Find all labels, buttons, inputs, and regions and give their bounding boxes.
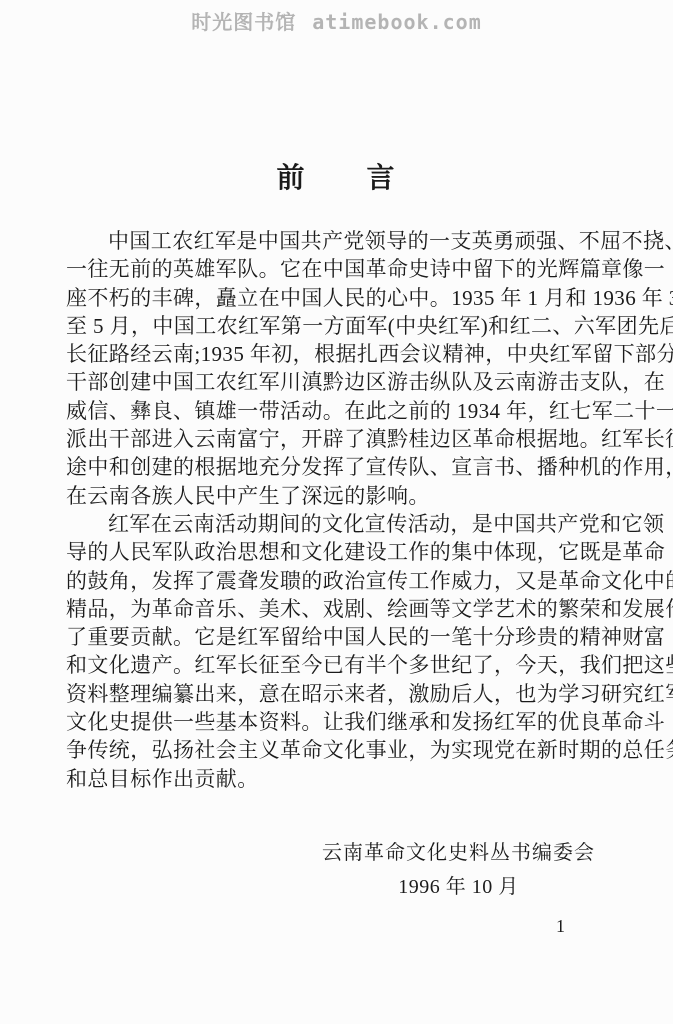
text-line: 途中和创建的根据地充分发挥了宣传队、宣言书、播种机的作用，: [66, 453, 614, 481]
text-line: 座不朽的丰碑，矗立在中国人民的心中。1935 年 1 月和 1936 年 3: [66, 284, 614, 312]
text-line: 派出干部进入云南富宁，开辟了滇黔桂边区革命根据地。红军长征: [66, 425, 614, 453]
page-number: 1: [556, 916, 565, 937]
watermark: 时光图书馆 atimebook.com: [0, 6, 673, 35]
text-line: 资料整理编纂出来，意在昭示来者，激励后人，也为学习研究红军: [66, 680, 614, 708]
text-line: 争传统，弘扬社会主义革命文化事业，为实现党在新时期的总任务: [66, 736, 614, 764]
text-line: 至 5 月，中国工农红军第一方面军(中央红军)和红二、六军团先后: [66, 312, 614, 340]
text-line: 干部创建中国工农红军川滇黔边区游击纵队及云南游击支队，在: [66, 368, 614, 396]
signature-committee: 云南革命文化史料丛书编委会: [322, 836, 595, 870]
text-line: 文化史提供一些基本资料。让我们继承和发扬红军的优良革命斗: [66, 708, 614, 736]
text-line: 导的人民军队政治思想和文化建设工作的集中体现，它既是革命: [66, 538, 614, 566]
paragraph-2: 红军在云南活动期间的文化宣传活动，是中国共产党和它领导的人民军队政治思想和文化建…: [66, 510, 614, 793]
signature-date: 1996 年 10 月: [322, 870, 595, 904]
watermark-site-name: 时光图书馆: [191, 10, 296, 34]
watermark-site-url: atimebook.com: [312, 10, 482, 34]
text-line: 了重要贡献。它是红军留给中国人民的一笔十分珍贵的精神财富: [66, 623, 614, 651]
text-line: 红军在云南活动期间的文化宣传活动，是中国共产党和它领: [66, 510, 614, 538]
text-line: 精品，为革命音乐、美术、戏剧、绘画等文学艺术的繁荣和发展作出: [66, 595, 614, 623]
document-body: 中国工农红军是中国共产党领导的一支英勇顽强、不屈不挠、一往无前的英雄军队。它在中…: [66, 227, 614, 793]
text-line: 和文化遗产。红军长征至今已有半个多世纪了，今天，我们把这些: [66, 651, 614, 679]
page-title: 前 言: [0, 156, 673, 196]
text-line: 长征路经云南;1935 年初，根据扎西会议精神，中央红军留下部分: [66, 340, 614, 368]
paragraph-1: 中国工农红军是中国共产党领导的一支英勇顽强、不屈不挠、一往无前的英雄军队。它在中…: [66, 227, 614, 510]
text-line: 一往无前的英雄军队。它在中国革命史诗中留下的光辉篇章像一: [66, 255, 614, 283]
text-line: 在云南各族人民中产生了深远的影响。: [66, 482, 614, 510]
text-line: 的鼓角，发挥了震聋发聩的政治宣传工作威力，又是革命文化中的: [66, 567, 614, 595]
text-line: 中国工农红军是中国共产党领导的一支英勇顽强、不屈不挠、: [66, 227, 614, 255]
text-line: 和总目标作出贡献。: [66, 765, 614, 793]
text-line: 威信、彝良、镇雄一带活动。在此之前的 1934 年，红七军二十一师: [66, 397, 614, 425]
scanned-book-page: 时光图书馆 atimebook.com 前 言 中国工农红军是中国共产党领导的一…: [0, 0, 673, 1024]
signature-block: 云南革命文化史料丛书编委会 1996 年 10 月: [322, 836, 595, 904]
